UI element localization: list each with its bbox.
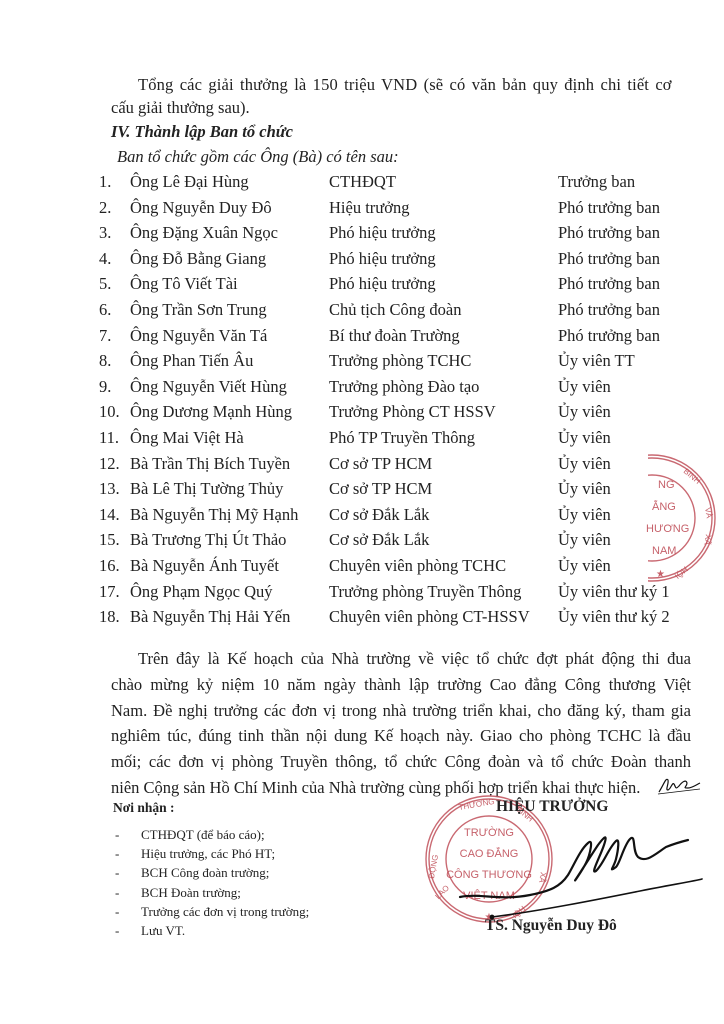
member-role: Phó trưởng ban: [558, 223, 660, 243]
svg-text:THƯƠNG: THƯƠNG: [458, 797, 495, 812]
member-role: Ủy viên thư ký 2: [558, 607, 670, 627]
member-number: 6.: [99, 300, 111, 320]
initials-signature: [656, 774, 702, 796]
committee-row: 10.Ông Dương Mạnh HùngTrưởng Phòng CT HS…: [0, 402, 724, 427]
member-number: 10.: [99, 402, 120, 422]
member-name: Bà Trần Thị Bích Tuyền: [130, 454, 290, 474]
bullet-dash: -: [115, 902, 141, 921]
member-name: Bà Lê Thị Tường Thủy: [130, 479, 283, 499]
paragraph-line-text: nghiêm túc, đúng tinh thần nội dung Kế h…: [111, 726, 691, 745]
member-number: 7.: [99, 326, 111, 346]
member-position: Trưởng phòng TCHC: [329, 351, 471, 371]
member-number: 13.: [99, 479, 120, 499]
member-name: Ông Phan Tiến Âu: [130, 351, 253, 371]
committee-row: 2.Ông Nguyễn Duy ĐôHiệu trưởngPhó trưởng…: [0, 198, 724, 223]
member-name: Ông Trần Sơn Trung: [130, 300, 267, 320]
member-number: 18.: [99, 607, 120, 627]
committee-row: 4.Ông Đỗ Bằng GiangPhó hiệu trưởngPhó tr…: [0, 249, 724, 274]
recipient-item: -Hiệu trưởng, các Phó HT;: [115, 844, 309, 863]
recipient-item: -BCH Công đoàn trường;: [115, 863, 309, 882]
recipient-text: Trưởng các đơn vị trong trường;: [141, 904, 309, 919]
paragraph-line: chào mừng kỷ niệm 10 năm ngày thành lập …: [111, 672, 691, 698]
recipient-text: Lưu VT.: [141, 923, 185, 938]
recipient-text: CTHĐQT (để báo cáo);: [141, 827, 265, 842]
member-role: Ủy viên: [558, 402, 611, 422]
member-position: Cơ sở TP HCM: [329, 454, 432, 474]
member-number: 2.: [99, 198, 111, 218]
member-name: Ông Dương Mạnh Hùng: [130, 402, 292, 422]
member-number: 16.: [99, 556, 120, 576]
member-name: Ông Tô Viết Tài: [130, 274, 238, 294]
member-number: 15.: [99, 530, 120, 550]
member-position: Hiệu trưởng: [329, 198, 409, 218]
bullet-dash: -: [115, 863, 141, 882]
member-position: Chuyên viên phòng CT-HSSV: [329, 607, 530, 627]
member-position: Trưởng Phòng CT HSSV: [329, 402, 496, 422]
bullet-dash: -: [115, 883, 141, 902]
member-position: Cơ sở Đắk Lắk: [329, 505, 429, 525]
signer-name: TS. Nguyễn Duy Đô: [485, 917, 617, 935]
committee-row: 9.Ông Nguyễn Viết HùngTrưởng phòng Đào t…: [0, 377, 724, 402]
member-name: Ông Đặng Xuân Ngọc: [130, 223, 278, 243]
recipient-item: -BCH Đoàn trường;: [115, 883, 309, 902]
recipient-item: -Lưu VT.: [115, 921, 309, 940]
member-role: Phó trưởng ban: [558, 274, 660, 294]
member-number: 9.: [99, 377, 111, 397]
stamp-partial-line-1: NG: [658, 479, 675, 491]
handwritten-signature: [440, 815, 710, 930]
paragraph-line: Trên đây là Kế hoạch của Nhà trường về v…: [111, 646, 691, 672]
member-number: 3.: [99, 223, 111, 243]
paragraph-line: mối; các đơn vị phòng Truyền thông, tổ c…: [111, 749, 691, 775]
recipient-item: -Trưởng các đơn vị trong trường;: [115, 902, 309, 921]
paragraph-line-text: chào mừng kỷ niệm 10 năm ngày thành lập …: [111, 675, 691, 694]
member-name: Ông Lê Đại Hùng: [130, 172, 249, 192]
paragraph-line-text: Nam. Đề nghị trưởng các đơn vị trong nhà…: [111, 701, 691, 720]
member-position: Chuyên viên phòng TCHC: [329, 556, 506, 576]
paragraph-line: niên Cộng sản Hồ Chí Minh của Nhà trường…: [111, 775, 691, 801]
member-position: Trưởng phòng Đào tạo: [329, 377, 479, 397]
bullet-dash: -: [115, 921, 141, 940]
committee-row: 18.Bà Nguyễn Thị Hải YếnChuyên viên phòn…: [0, 607, 724, 632]
bullet-dash: -: [115, 825, 141, 844]
member-role: Trưởng ban: [558, 172, 635, 192]
member-position: Bí thư đoàn Trường: [329, 326, 460, 346]
committee-row: 8.Ông Phan Tiến ÂuTrưởng phòng TCHCỦy vi…: [0, 351, 724, 376]
member-position: Chủ tịch Công đoàn: [329, 300, 461, 320]
member-number: 12.: [99, 454, 120, 474]
member-position: Phó hiệu trưởng: [329, 274, 436, 294]
member-role: Phó trưởng ban: [558, 249, 660, 269]
stamp-partial-line-4: NAM: [652, 545, 676, 557]
member-name: Ông Phạm Ngọc Quý: [130, 582, 273, 602]
member-name: Bà Nguyễn Thị Hải Yến: [130, 607, 290, 627]
member-number: 1.: [99, 172, 111, 192]
committee-row: 3.Ông Đặng Xuân NgọcPhó hiệu trưởngPhó t…: [0, 223, 724, 248]
member-name: Bà Nguyễn Thị Mỹ Hạnh: [130, 505, 298, 525]
recipient-text: Hiệu trưởng, các Phó HT;: [141, 846, 275, 861]
svg-text:★: ★: [656, 569, 665, 580]
member-name: Ông Nguyễn Văn Tá: [130, 326, 267, 346]
stamp-partial: NG ẲNG HƯƠNG NAM BINH VÀ XÃ HỘI ★: [590, 448, 724, 588]
stamp-partial-line-2: ẲNG: [652, 500, 676, 513]
member-number: 11.: [99, 428, 119, 448]
paragraph-line: nghiêm túc, đúng tinh thần nội dung Kế h…: [111, 723, 691, 749]
member-name: Bà Nguyễn Ánh Tuyết: [130, 556, 279, 576]
member-number: 14.: [99, 505, 120, 525]
member-role: Phó trưởng ban: [558, 198, 660, 218]
member-name: Ông Mai Việt Hà: [130, 428, 244, 448]
svg-text:HỘI: HỘI: [673, 564, 690, 580]
member-position: Phó hiệu trưởng: [329, 249, 436, 269]
member-position: Cơ sở TP HCM: [329, 479, 432, 499]
intro-line-2: cấu giải thưởng sau).: [111, 98, 250, 118]
section-heading: IV. Thành lập Ban tổ chức: [111, 122, 293, 142]
section-subtitle: Ban tổ chức gồm các Ông (Bà) có tên sau:: [117, 147, 399, 167]
member-position: Cơ sở Đắk Lắk: [329, 530, 429, 550]
recipient-text: BCH Công đoàn trường;: [141, 865, 269, 880]
member-number: 4.: [99, 249, 111, 269]
member-number: 5.: [99, 274, 111, 294]
member-number: 8.: [99, 351, 111, 371]
member-number: 17.: [99, 582, 120, 602]
member-role: Phó trưởng ban: [558, 300, 660, 320]
closing-paragraph: Trên đây là Kế hoạch của Nhà trường về v…: [111, 646, 691, 801]
member-role: Ủy viên: [558, 377, 611, 397]
member-name: Ông Nguyễn Duy Đô: [130, 198, 272, 218]
paragraph-line-text: mối; các đơn vị phòng Truyền thông, tổ c…: [111, 752, 691, 771]
paragraph-line-text: Trên đây là Kế hoạch của Nhà trường về v…: [138, 649, 691, 668]
member-position: Trưởng phòng Truyền Thông: [329, 582, 521, 602]
recipient-item: -CTHĐQT (để báo cáo);: [115, 825, 309, 844]
paragraph-line-text: niên Cộng sản Hồ Chí Minh của Nhà trường…: [111, 778, 640, 797]
member-role: Ủy viên TT: [558, 351, 635, 371]
svg-text:XÃ: XÃ: [702, 534, 713, 547]
bullet-dash: -: [115, 844, 141, 863]
member-position: Phó hiệu trưởng: [329, 223, 436, 243]
signature-title: HIỆU TRƯỞNG: [496, 798, 608, 816]
committee-row: 5.Ông Tô Viết TàiPhó hiệu trưởngPhó trưở…: [0, 274, 724, 299]
stamp-partial-line-3: HƯƠNG: [646, 523, 689, 535]
committee-row: 7.Ông Nguyễn Văn TáBí thư đoàn TrườngPhó…: [0, 326, 724, 351]
member-role: Phó trưởng ban: [558, 326, 660, 346]
member-role: Ủy viên: [558, 428, 611, 448]
recipient-text: BCH Đoàn trường;: [141, 885, 241, 900]
member-name: Ông Đỗ Bằng Giang: [130, 249, 266, 269]
committee-row: 1.Ông Lê Đại HùngCTHĐQTTrưởng ban: [0, 172, 724, 197]
member-name: Bà Trương Thị Út Thảo: [130, 530, 286, 550]
svg-text:BINH: BINH: [682, 467, 703, 486]
member-position: CTHĐQT: [329, 172, 396, 192]
intro-line-1: Tổng các giải thưởng là 150 triệu VND (s…: [138, 75, 672, 95]
recipients-list: -CTHĐQT (để báo cáo);-Hiệu trưởng, các P…: [115, 825, 309, 940]
member-name: Ông Nguyễn Viết Hùng: [130, 377, 287, 397]
committee-row: 6.Ông Trần Sơn TrungChủ tịch Công đoànPh…: [0, 300, 724, 325]
paragraph-line: Nam. Đề nghị trưởng các đơn vị trong nhà…: [111, 698, 691, 724]
member-position: Phó TP Truyền Thông: [329, 428, 475, 448]
recipients-title: Nơi nhận :: [113, 800, 175, 816]
